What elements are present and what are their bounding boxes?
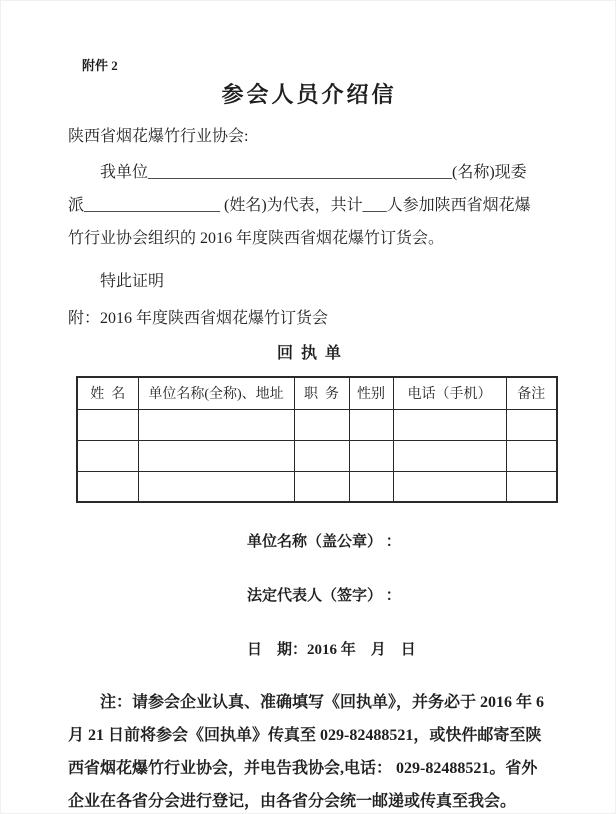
table-header-row: 姓 名 单位名称(全称)、地址 职 务 性别 电话（手机） 备注 <box>77 377 557 409</box>
attachment-ref-line: 附：2016 年度陕西省烟花爆竹订货会 <box>68 302 550 335</box>
table-cell <box>349 409 393 440</box>
note-line: 企业在各省分会进行登记，由各省分会统一邮递或传真至我会。 <box>68 785 550 814</box>
table-cell <box>294 409 349 440</box>
reply-slip-title: 回 执 单 <box>68 340 550 363</box>
table-header-remarks: 备注 <box>506 377 557 409</box>
table-cell <box>506 440 557 471</box>
table-cell <box>138 471 294 502</box>
table-header-phone: 电话（手机） <box>393 377 506 409</box>
table-cell <box>506 471 557 502</box>
table-cell <box>506 409 557 440</box>
signature-block: 单位名称（盖公章） ： 法定代表人（签字） ： 日 期：2016 年 月 日 <box>247 530 550 659</box>
note-line: 西省烟花爆竹行业协会，并电告我协会,电话： 029-82488521。省外 <box>68 752 550 785</box>
body-line: 竹行业协会组织的 2016 年度陕西省烟花爆竹订货会。 <box>68 222 550 255</box>
table-row <box>77 409 557 440</box>
document-page: 附件 2 参会人员介绍信 陕西省烟花爆竹行业协会: 我单位___________… <box>0 0 616 814</box>
table-row <box>77 440 557 471</box>
table-cell <box>77 409 138 440</box>
salutation-line: 陕西省烟花爆竹行业协会: <box>68 123 550 146</box>
table-row <box>77 471 557 502</box>
note-line: 月 21 日前将参会《回执单》传真至 029-82488521，或快件邮寄至陕 <box>68 719 550 752</box>
table-cell <box>294 471 349 502</box>
table-header-gender: 性别 <box>349 377 393 409</box>
table-cell <box>349 471 393 502</box>
signature-company-line: 单位名称（盖公章） ： <box>247 530 550 551</box>
document-content: 附件 2 参会人员介绍信 陕西省烟花爆竹行业协会: 我单位___________… <box>0 0 616 814</box>
table-cell <box>77 440 138 471</box>
table-cell <box>138 440 294 471</box>
signature-legal-rep-line: 法定代表人（签字） ： <box>247 584 550 605</box>
signature-date-line: 日 期：2016 年 月 日 <box>247 638 550 659</box>
page-title: 参会人员介绍信 <box>68 78 550 109</box>
table-header-unit-address: 单位名称(全称)、地址 <box>138 377 294 409</box>
reply-slip-table: 姓 名 单位名称(全称)、地址 职 务 性别 电话（手机） 备注 <box>76 376 558 503</box>
note-line: 注：请参会企业认真、准确填写《回执单》，并务必于 2016 年 6 <box>68 686 550 719</box>
table-cell <box>393 471 506 502</box>
table-cell <box>349 440 393 471</box>
attachment-label: 附件 2 <box>82 55 550 74</box>
table-cell <box>138 409 294 440</box>
table-cell <box>393 409 506 440</box>
note-block: 注：请参会企业认真、准确填写《回执单》，并务必于 2016 年 6 月 21 日… <box>68 686 550 814</box>
table-cell <box>393 440 506 471</box>
table-cell <box>294 440 349 471</box>
table-header-position: 职 务 <box>294 377 349 409</box>
body-line: 我单位_____________________________________… <box>68 156 550 189</box>
table-header-name: 姓 名 <box>77 377 138 409</box>
body-line: 派_________________ (姓名)为代表，共计___人参加陕西省烟花… <box>68 189 550 222</box>
certify-line: 特此证明 <box>68 265 550 298</box>
table-cell <box>77 471 138 502</box>
